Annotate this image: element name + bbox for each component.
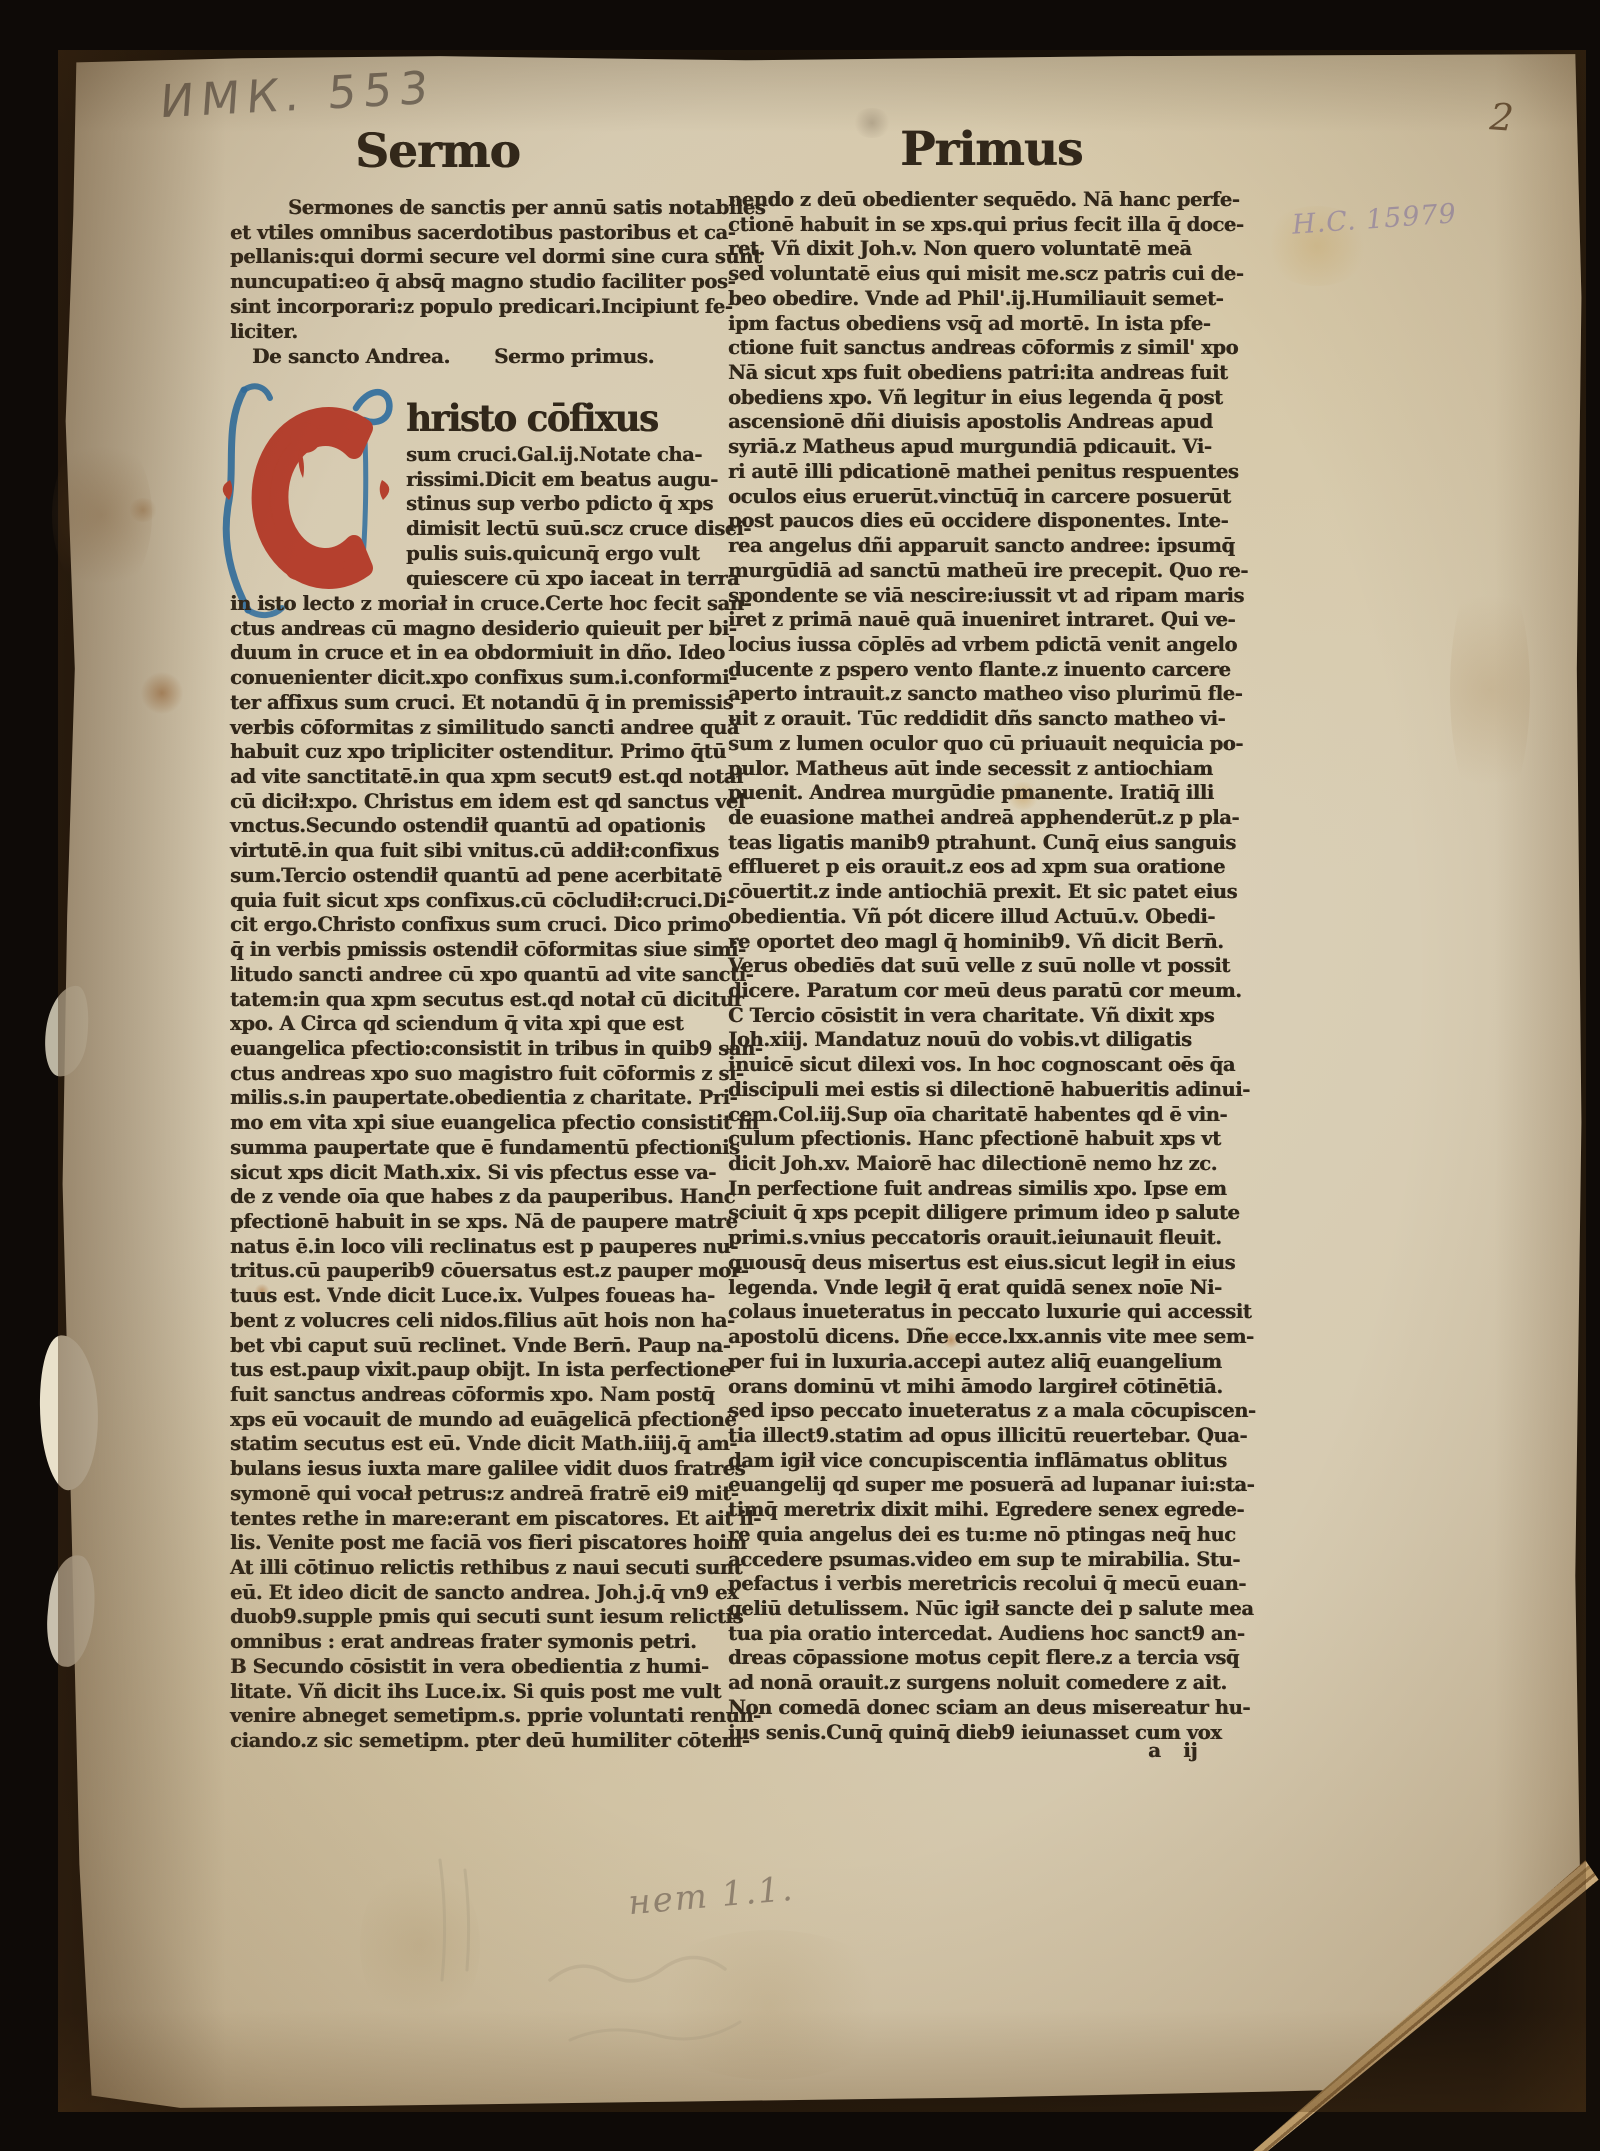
text-line: statim secutus est eū. Vnde dicit Math.i…	[230, 1432, 762, 1457]
text-line: orans dominū vt mihi āmodo largireł cōti…	[728, 1375, 1256, 1400]
text-line: At illi cōtinuo relictis rethibus z naui…	[230, 1556, 762, 1581]
text-line: C Tercio cōsistit in vera charitate. Vñ …	[728, 1004, 1256, 1029]
rubric-saint: De sancto Andrea.	[252, 344, 450, 368]
text-line: timq̄ meretrix dixit mihi. Egredere sene…	[728, 1498, 1256, 1523]
text-line: summa paupertate que ē fundamentū pfecti…	[230, 1136, 762, 1161]
text-line: accedere psumas.video em sup te mirabili…	[728, 1548, 1256, 1573]
text-line: habuit cuz xpo tripliciter ostenditur. P…	[230, 740, 762, 765]
incipit-big-words: hristo cōfixus	[406, 396, 657, 440]
text-line: duum in cruce et in ea obdormiuit in dño…	[230, 641, 762, 666]
text-line: ciando.z sic semetipm. pter deū humilite…	[230, 1729, 762, 1754]
text-line: culum pfectionis. Hanc pfectionē habuit …	[728, 1127, 1256, 1152]
text-line: vnctus.Secundo ostendił quantū ad opatio…	[230, 814, 762, 839]
text-line: per fui in luxuria.accepi autez aliq̄ eu…	[728, 1350, 1256, 1375]
text-line: cōuertit.z inde antiochiā prexit. Et sic…	[728, 880, 1256, 905]
text-line: sicut xps dicit Math.xix. Si vis pfectus…	[230, 1161, 762, 1186]
text-line: ctione fuit sanctus andreas cōformis z s…	[728, 336, 1256, 361]
text-line: lis. Venite post me faciā vos fieri pisc…	[230, 1531, 762, 1556]
text-line: sed voluntatē eius qui misit me.scz patr…	[728, 262, 1256, 287]
text-line: sciuit q̄ xps pcepit diligere primum ide…	[728, 1201, 1256, 1226]
text-line: beo obedire. Vnde ad Phil'.ij.Humiliauit…	[728, 287, 1256, 312]
incipit-paragraph: Sermones de sanctis per annū satis notab…	[230, 196, 765, 344]
text-line: ctus andreas xpo suo magistro fuit cōfor…	[230, 1062, 762, 1087]
column-1-beside-initial: sum cruci.Gal.ij.Notate cha-rissimi.Dici…	[406, 443, 751, 591]
text-line: cem.Col.iij.Sup oīa charitatē habentes q…	[728, 1103, 1256, 1128]
text-line: venire abneget semetipm.s. pprie volunta…	[230, 1704, 762, 1729]
text-line: sum.Tercio ostendił quantū ad pene acerb…	[230, 864, 762, 889]
text-line: ctionē habuit in se xps.qui prius fecit …	[728, 213, 1256, 238]
text-line: syriā.z Matheus apud murgundiā pdicauit.…	[728, 435, 1256, 460]
text-line: pfectionē habuit in se xps. Nā de pauper…	[230, 1210, 762, 1235]
text-line: Joh.xiij. Mandatuz nouū do vobis.vt dili…	[728, 1028, 1256, 1053]
text-line: ter affixus sum cruci. Et notandū q̄ in …	[230, 691, 762, 716]
text-line: omnibus : erat andreas frater symonis pe…	[230, 1630, 762, 1655]
text-line: ri autē illi pdicationē mathei penitus r…	[728, 460, 1256, 485]
handwritten-folio-number: 2	[1489, 95, 1515, 140]
text-line: ducente z pspero vento flante.z inuento …	[728, 658, 1256, 683]
text-line: oculos eius eruerūt.vinctūq̄ in carcere …	[728, 485, 1256, 510]
text-line: primi.s.vnius peccatoris orauit.ieiunaui…	[728, 1226, 1256, 1251]
text-line: ad nonā orauit.z surgens noluit comedere…	[728, 1671, 1256, 1696]
text-line: Nā sicut xps fuit obediens patri:ita and…	[728, 361, 1256, 386]
text-line: de z vende oīa que habes z da pauperibus…	[230, 1185, 762, 1210]
text-line: uit z orauit. Tūc reddidit dñs sancto ma…	[728, 707, 1256, 732]
text-line: tatem:in qua xpm secutus est.qd notał cū…	[230, 988, 762, 1013]
text-line: sed ipso peccato inueteratus z a mala cō…	[728, 1399, 1256, 1424]
text-line: quiescere cū xpo iaceat in terra	[406, 567, 751, 592]
text-line: re quia angelus dei es tu:me nō ptingas …	[728, 1523, 1256, 1548]
text-line: puenit. Andrea murgūdie pmanente. Iratiq…	[728, 781, 1256, 806]
text-line: cit ergo.Christo confixus sum cruci. Dic…	[230, 913, 762, 938]
text-line: tritus.cū pauperib9 cōuersatus est.z pau…	[230, 1259, 762, 1284]
text-line: xps eū vocauit de mundo ad euāgelicā pfe…	[230, 1408, 762, 1433]
running-header-left: Sermo	[355, 124, 520, 179]
text-line: efflueret p eis orauit.z eos ad xpm sua …	[728, 855, 1256, 880]
text-line: milis.s.in paupertate.obedientia z chari…	[230, 1086, 762, 1111]
text-line: de euasione mathei andreā apphenderūt.z …	[728, 806, 1256, 831]
decorated-initial-C	[204, 386, 409, 621]
text-line: ipm factus obediens vsq̄ ad mortē. In is…	[728, 312, 1256, 337]
text-line: discipuli mei estis si dilectionē habuer…	[728, 1078, 1256, 1103]
text-line: Verus obediēs dat suū velle z suū nolle …	[728, 954, 1256, 979]
text-line: et vtiles omnibus sacerdotibus pastoribu…	[230, 221, 765, 246]
text-line: liciter.	[230, 320, 765, 345]
text-line: ret. Vñ dixit Joh.v. Non quero voluntatē…	[728, 237, 1256, 262]
text-line: verbis cōformitas z similitudo sancti an…	[230, 716, 762, 741]
text-line: post paucos dies eū occidere disponentes…	[728, 509, 1256, 534]
text-line: dicere. Paratum cor meū deus paratū cor …	[728, 979, 1256, 1004]
text-line: pellanis:qui dormi secure vel dormi sine…	[230, 245, 765, 270]
text-line: sum cruci.Gal.ij.Notate cha-	[406, 443, 751, 468]
text-line: tia illect9.statim ad opus illicitū reue…	[728, 1424, 1256, 1449]
text-line: bulans iesus iuxta mare galilee vidit du…	[230, 1457, 762, 1482]
text-line: litudo sancti andree cū xpo quantū ad vi…	[230, 963, 762, 988]
text-line: quia fuit sicut xps confixus.cū cōcludił…	[230, 889, 762, 914]
text-line: conuenienter dicit.xpo confixus sum.i.co…	[230, 666, 762, 691]
text-line: dam igił vice concupiscentia inflāmatus …	[728, 1449, 1256, 1474]
quire-signature: a ij	[1148, 1738, 1197, 1762]
text-line: fuit sanctus andreas cōformis xpo. Nam p…	[230, 1383, 762, 1408]
text-line: xpo. A Circa qd sciendum q̄ vita xpi que…	[230, 1012, 762, 1037]
text-line: ascensionē dñi diuisis apostolis Andreas…	[728, 410, 1256, 435]
text-line: eū. Et ideo dicit de sancto andrea. Joh.…	[230, 1581, 762, 1606]
text-line: natus ē.in loco vili reclinatus est p pa…	[230, 1235, 762, 1260]
text-line: pulis suis.quicunq̄ ergo vult	[406, 542, 751, 567]
text-line: dicit Joh.xv. Maiorē hac dilectionē nemo…	[728, 1152, 1256, 1177]
text-line: mo em vita xpi siue euangelica pfectio c…	[230, 1111, 762, 1136]
text-line: sint incorporari:z populo predicari.Inci…	[230, 295, 765, 320]
text-line: locius iussa cōplēs ad vrbem pdictā veni…	[728, 633, 1256, 658]
running-header-right: Primus	[900, 122, 1082, 177]
column-1-text: in isto lecto z moriał in cruce.Certe ho…	[230, 592, 762, 1754]
text-line: nuncupati:eo q̄ absq̄ magno studio facil…	[230, 270, 765, 295]
text-line: litate. Vñ dicit ihs Luce.ix. Si quis po…	[230, 1680, 762, 1705]
text-line: obedientia. Vñ pót dicere illud Actuū.v.…	[728, 905, 1256, 930]
text-line: Sermones de sanctis per annū satis notab…	[230, 196, 765, 221]
rubric-sermon-number: Sermo primus.	[494, 344, 654, 368]
text-line: pulor. Matheus aūt inde secessit z antio…	[728, 757, 1256, 782]
text-line: in isto lecto z moriał in cruce.Certe ho…	[230, 592, 762, 617]
text-line: apostolū dicens. Dñe ecce.lxx.annis vite…	[728, 1325, 1256, 1350]
text-line: tus est.paup vixit.paup obijt. In ista p…	[230, 1358, 762, 1383]
text-line: stinus sup verbo pdicto q̄ xps	[406, 492, 751, 517]
book-scan: Sermo Primus Sermones de sanctis per ann…	[0, 0, 1600, 2151]
column-2-text: nendo z deū obedienter sequēdo. Nā hanc …	[728, 188, 1256, 1745]
faint-pencil-scribbles	[420, 1830, 840, 2090]
text-line: B Secundo cōsistit in vera obedientia z …	[230, 1655, 762, 1680]
text-line: obediens xpo. Vñ legitur in eius legenda…	[728, 386, 1256, 411]
text-line: bent z volucres celi nidos.filius aūt ho…	[230, 1309, 762, 1334]
text-line: duob9.supple pmis qui secuti sunt iesum …	[230, 1605, 762, 1630]
text-line: geliū detulissem. Nūc igił sancte dei p …	[728, 1597, 1256, 1622]
text-line: colaus inueteratus in peccato luxurie qu…	[728, 1300, 1256, 1325]
text-line: inuicē sicut dilexi vos. In hoc cognosca…	[728, 1053, 1256, 1078]
text-line: nendo z deū obedienter sequēdo. Nā hanc …	[728, 188, 1256, 213]
text-line: cū dicił:xpo. Christus em idem est qd sa…	[230, 790, 762, 815]
text-line: ctus andreas cū magno desiderio quieuit …	[230, 617, 762, 642]
text-line: euangelij qd super me posuerā ad lupanar…	[728, 1473, 1256, 1498]
text-line: quousq̄ deus misertus est eius.sicut leg…	[728, 1251, 1256, 1276]
text-line: sum z lumen oculor quo cū priuauit nequi…	[728, 732, 1256, 757]
text-line: tua pia oratio intercedat. Audiens hoc s…	[728, 1622, 1256, 1647]
text-line: euangelica pfectio:consistit in tribus i…	[230, 1037, 762, 1062]
text-line: rea angelus dñi apparuit sancto andree: …	[728, 534, 1256, 559]
text-line: rissimi.Dicit em beatus augu-	[406, 468, 751, 493]
text-line: spondente se viā nescire:iussit vt ad ri…	[728, 584, 1256, 609]
text-line: tentes rethe in mare:erant em piscatores…	[230, 1507, 762, 1532]
text-line: In perfectione fuit andreas similis xpo.…	[728, 1177, 1256, 1202]
text-line: iret z primā nauē quā inueniret intraret…	[728, 608, 1256, 633]
text-line: virtutē.in qua fuit sibi vnitus.cū addił…	[230, 839, 762, 864]
text-line: bet vbi caput suū reclinet. Vnde Bern̄. …	[230, 1334, 762, 1359]
text-line: dimisit lectū suū.scz cruce disci-	[406, 517, 751, 542]
text-line: tuus est. Vnde dicit Luce.ix. Vulpes fou…	[230, 1284, 762, 1309]
text-line: Non comedā donec sciam an deus misereatu…	[728, 1696, 1256, 1721]
text-line: symonē qui vocał petrus:z andreā fratrē …	[230, 1482, 762, 1507]
text-line: ad vite sanctitatē.in qua xpm secut9 est…	[230, 765, 762, 790]
text-line: legenda. Vnde legił q̄ erat quidā senex …	[728, 1276, 1256, 1301]
text-line: teas ligatis manib9 ptrahunt. Cunq̄ eius…	[728, 831, 1256, 856]
text-line: re oportet deo magl q̄ hominib9. Vñ dici…	[728, 930, 1256, 955]
text-line: pefactus i verbis meretricis recolui q̄ …	[728, 1572, 1256, 1597]
text-line: dreas cōpassione motus cepit flere.z a t…	[728, 1646, 1256, 1671]
text-line: aperto intrauit.z sancto matheo viso plu…	[728, 682, 1256, 707]
text-line: murgūdiā ad sanctū matheū ire precepit. …	[728, 559, 1256, 584]
text-line: q̄ in verbis pmissis ostendił cōformitas…	[230, 938, 762, 963]
